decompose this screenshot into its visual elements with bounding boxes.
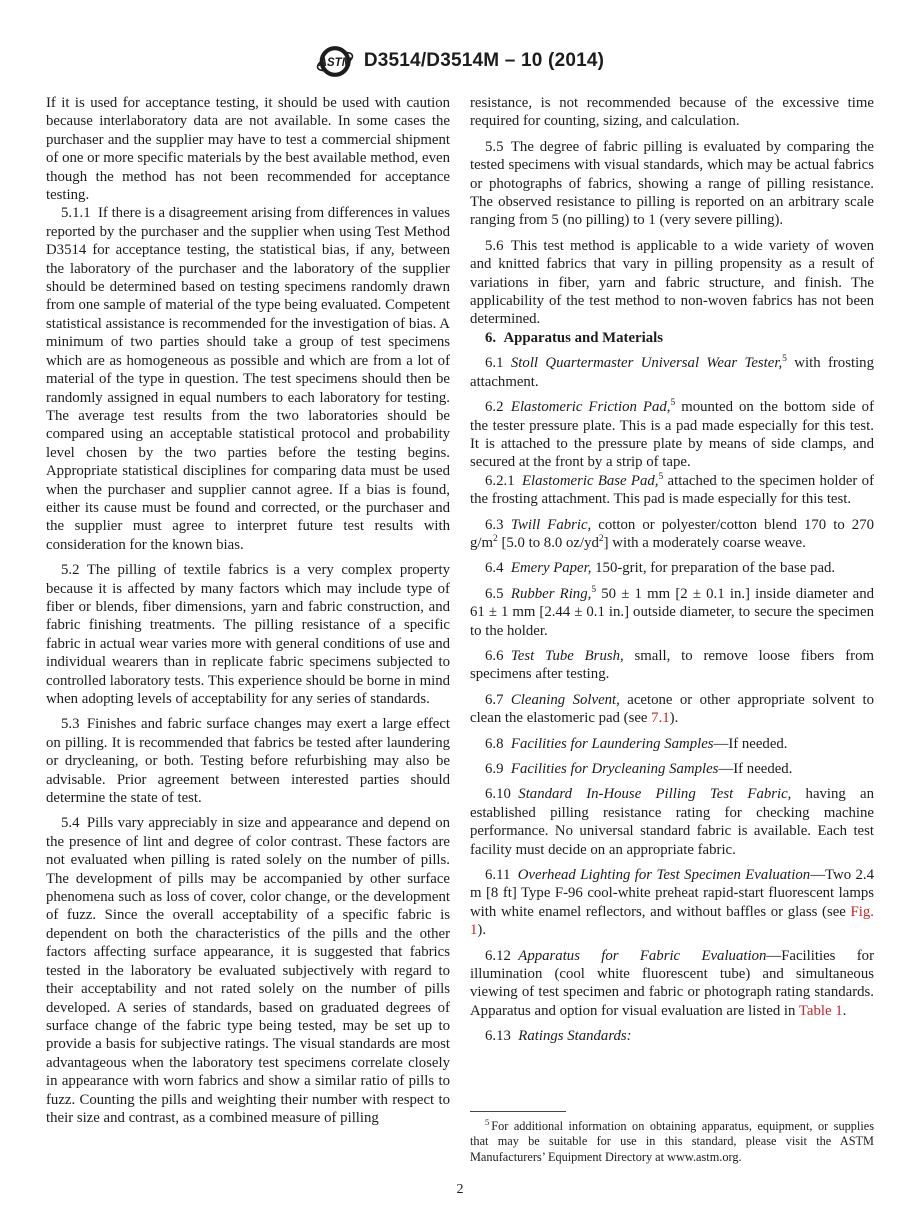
para-5-4-text: 5.4 Pills vary appreciably in size and a… — [46, 815, 450, 1126]
para-6-9-text: —If needed. — [718, 761, 792, 777]
para-6-7-text: Cleaning Solvent, — [511, 692, 620, 708]
para-5-1-1-text: 5.1.1 If there is a disagreement arising… — [46, 205, 450, 552]
para-5-3: 5.3 Finishes and fabric surface changes … — [46, 715, 450, 807]
para-5-4-continuation: resistance, is not recommended because o… — [470, 94, 874, 131]
para-5-1-continuation-text: If it is used for acceptance testing, it… — [46, 95, 450, 203]
para-6-4-text: 6.4 — [485, 560, 511, 576]
para-5-1-1: 5.1.1 If there is a disagreement arising… — [46, 204, 450, 554]
para-6-4-text: 150-grit, for preparation of the base pa… — [591, 560, 835, 576]
footnote-divider — [470, 1111, 566, 1112]
right-column: resistance, is not recommended because o… — [470, 94, 874, 1168]
document-header: ASTM D3514/D3514M – 10 (2014) — [46, 42, 874, 80]
svg-text:ASTM: ASTM — [318, 56, 352, 68]
para-6-10-text: Standard In-House Pilling Test Fabric, — [518, 786, 791, 802]
para-6-5: 6.5 Rubber Ring,5 50 ± 1 mm [2 ± 0.1 in.… — [470, 585, 874, 640]
para-5-4: 5.4 Pills vary appreciably in size and a… — [46, 814, 450, 1127]
para-6-2-1-text: Elastomeric Base Pad, — [522, 473, 658, 489]
para-6-1: 6.1 Stoll Quartermaster Universal Wear T… — [470, 354, 874, 391]
para-6-12: 6.12 Apparatus for Fabric Evaluation—Fac… — [470, 947, 874, 1021]
para-6-6-text: Test Tube Brush, — [511, 648, 624, 664]
left-column: If it is used for acceptance testing, it… — [46, 94, 450, 1168]
para-6-8-text: 6.8 — [485, 736, 511, 752]
para-6-4-text: Emery Paper, — [511, 560, 592, 576]
standard-designation: D3514/D3514M – 10 (2014) — [364, 50, 604, 72]
para-6-7: 6.7 Cleaning Solvent, acetone or other a… — [470, 691, 874, 728]
footnote-block: 5For additional information on obtaining… — [470, 1111, 874, 1168]
para-6-3-text: Twill Fabric, — [511, 517, 591, 533]
para-6-11-text: 6.11 — [485, 867, 518, 883]
para-5-5-text: 5.5 The degree of fabric pilling is eval… — [470, 139, 874, 229]
para-5-2: 5.2 The pilling of textile fabrics is a … — [46, 561, 450, 708]
para-6-9-text: 6.9 — [485, 761, 511, 777]
para-6-8: 6.8 Facilities for Laundering Samples—If… — [470, 735, 874, 753]
para-6-7-text: ). — [670, 710, 679, 726]
para-6-2-text: Elastomeric Friction Pad, — [511, 399, 671, 415]
para-6-11-text: ). — [477, 922, 486, 938]
heading-section-6: 6. Apparatus and Materials — [470, 329, 874, 347]
para-6-12-text: . — [843, 1003, 847, 1019]
para-6-12-text: Apparatus for Fabric Evaluation — [518, 948, 766, 964]
astm-logo-icon: ASTM — [316, 44, 354, 79]
para-6-4: 6.4 Emery Paper, 150-grit, for preparati… — [470, 559, 874, 577]
para-6-11: 6.11 Overhead Lighting for Test Specimen… — [470, 866, 874, 940]
para-6-11-text: Overhead Lighting for Test Specimen Eval… — [518, 867, 810, 883]
para-6-13-text: Ratings Standards: — [518, 1028, 631, 1044]
para-6-2-text: 6.2 — [485, 399, 511, 415]
para-6-7-text: 6.7 — [485, 692, 511, 708]
para-6-8-text: —If needed. — [714, 736, 788, 752]
page-number: 2 — [0, 1182, 920, 1198]
two-column-body: If it is used for acceptance testing, it… — [46, 94, 874, 1168]
para-6-9-text: Facilities for Drycleaning Samples — [511, 761, 719, 777]
para-6-3-text: [5.0 to 8.0 oz/yd — [498, 535, 599, 551]
para-6-3-text: ] with a moderately coarse weave. — [604, 535, 806, 551]
para-5-4-continuation-text: resistance, is not recommended because o… — [470, 95, 874, 129]
para-6-1-text: 6.1 — [485, 355, 511, 371]
para-6-9: 6.9 Facilities for Drycleaning Samples—I… — [470, 760, 874, 778]
footnote-5: 5For additional information on obtaining… — [470, 1119, 874, 1166]
heading-section-6-text: 6. Apparatus and Materials — [485, 330, 663, 346]
para-5-5: 5.5 The degree of fabric pilling is eval… — [470, 138, 874, 230]
para-6-10: 6.10 Standard In-House Pilling Test Fabr… — [470, 785, 874, 859]
para-6-12-text: 6.12 — [485, 948, 518, 964]
right-column-text: resistance, is not recommended because o… — [470, 94, 874, 1046]
para-6-8-text: Facilities for Laundering Samples — [511, 736, 714, 752]
para-6-2-1-text: 6.2.1 — [485, 473, 522, 489]
ref-link-table-1[interactable]: Table 1 — [799, 1003, 843, 1019]
para-6-3: 6.3 Twill Fabric, cotton or polyester/co… — [470, 516, 874, 553]
ref-link-7-1[interactable]: 7.1 — [651, 710, 670, 726]
para-6-2-1: 6.2.1 Elastomeric Base Pad,5 attached to… — [470, 472, 874, 509]
para-6-10-text: 6.10 — [485, 786, 518, 802]
para-6-6: 6.6 Test Tube Brush, small, to remove lo… — [470, 647, 874, 684]
para-6-5-text: 6.5 — [485, 586, 511, 602]
para-5-6: 5.6 This test method is applicable to a … — [470, 237, 874, 329]
para-6-6-text: 6.6 — [485, 648, 511, 664]
para-6-3-text: 6.3 — [485, 517, 511, 533]
para-6-5-text: Rubber Ring, — [511, 586, 591, 602]
para-6-1-text: Stoll Quartermaster Universal Wear Teste… — [511, 355, 782, 371]
para-6-13-text: 6.13 — [485, 1028, 518, 1044]
para-5-1-continuation: If it is used for acceptance testing, it… — [46, 94, 450, 204]
footnote-text: For additional information on obtaining … — [470, 1119, 874, 1165]
para-5-2-text: 5.2 The pilling of textile fabrics is a … — [46, 562, 450, 707]
para-6-13: 6.13 Ratings Standards: — [470, 1027, 874, 1045]
para-5-3-text: 5.3 Finishes and fabric surface changes … — [46, 716, 450, 806]
para-6-2: 6.2 Elastomeric Friction Pad,5 mounted o… — [470, 398, 874, 472]
footnote-marker: 5 — [485, 1117, 489, 1127]
para-5-6-text: 5.6 This test method is applicable to a … — [470, 238, 874, 328]
